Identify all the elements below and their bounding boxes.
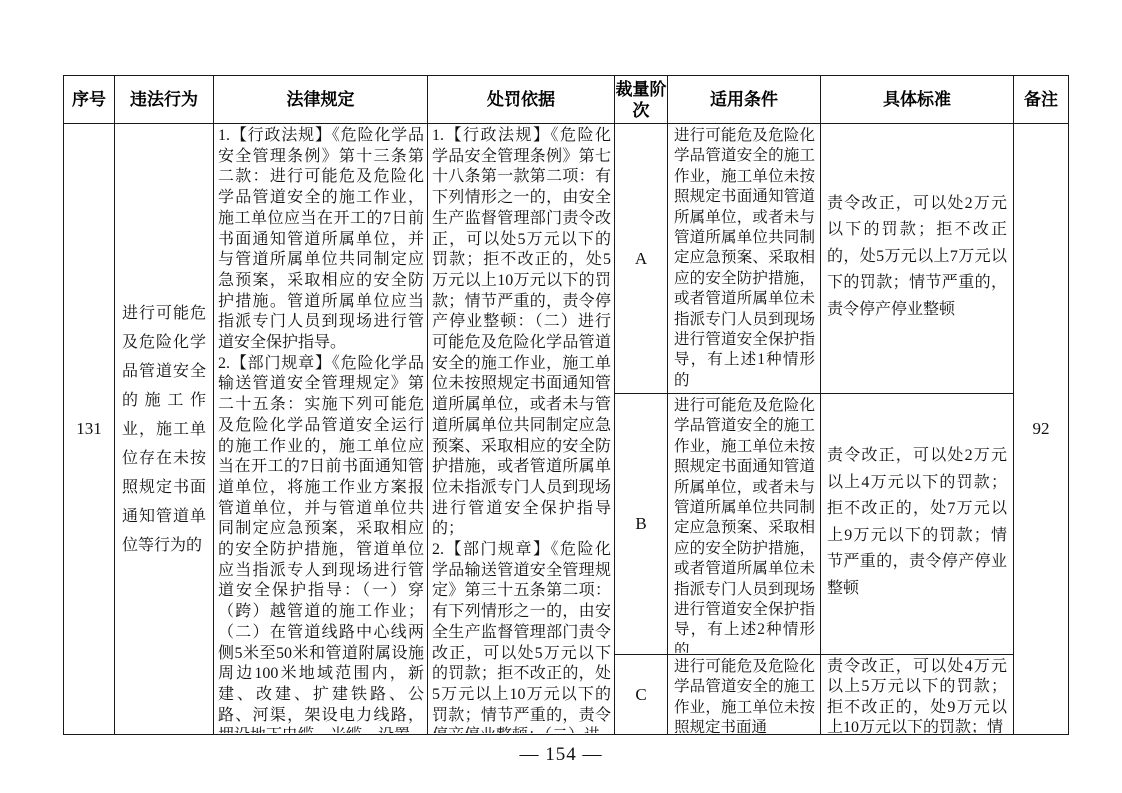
page-number: — 154 — xyxy=(0,744,1122,766)
discretion-level-b: B xyxy=(635,514,646,533)
discretion-level-c: C xyxy=(635,685,646,704)
penalty-basis-text: 1.【行政法规】《危险化学品安全管理条例》第七十八条第一款第二项：有下列情形之一… xyxy=(428,124,614,733)
discretion-level-a: A xyxy=(635,249,647,268)
remark-cell: 92 xyxy=(1014,124,1069,735)
col-header-applicable-conditions: 适用条件 xyxy=(668,76,821,124)
remark-value: 92 xyxy=(1033,419,1050,438)
col-header-remark: 备注 xyxy=(1014,76,1069,124)
illegal-behavior-text: 进行可能危及危险化学品管道安全的施工作业，施工单位存在未按照规定书面通知管道单位… xyxy=(115,299,213,560)
penalty-discretion-table: 序号 违法行为 法律规定 处罚依据 裁量阶次 适用条件 具体标准 备注 131 … xyxy=(63,75,1069,735)
col-header-illegal-behavior: 违法行为 xyxy=(115,76,214,124)
discretion-level-c-cell: C xyxy=(615,655,668,735)
conditions-c-cell: 进行可能危及危险化学品管道安全的施工作业，施工单位未按照规定书面通 xyxy=(668,655,821,735)
standard-a-text: 责令改正，可以处2万元以下的罚款；拒不改正的，处5万元以上7万元以下的罚款；情节… xyxy=(821,191,1013,324)
col-header-penalty-basis: 处罚依据 xyxy=(428,76,615,124)
col-header-discretion-level: 裁量阶次 xyxy=(615,76,668,124)
col-header-serial: 序号 xyxy=(64,76,115,124)
illegal-behavior-cell: 进行可能危及危险化学品管道安全的施工作业，施工单位存在未按照规定书面通知管道单位… xyxy=(115,124,214,735)
standard-b-cell: 责令改正，可以处2万元以上4万元以下的罚款；拒不改正的，处7万元以上9万元以下的… xyxy=(821,394,1014,655)
document-page: 序号 违法行为 法律规定 处罚依据 裁量阶次 适用条件 具体标准 备注 131 … xyxy=(0,0,1122,793)
conditions-a-text: 进行可能危及危险化学品管道安全的施工作业，施工单位未按照规定书面通知管道所属单位… xyxy=(668,124,820,392)
standard-a-cell: 责令改正，可以处2万元以下的罚款；拒不改正的，处5万元以上7万元以下的罚款；情节… xyxy=(821,124,1014,394)
standard-b-box: 责令改正，可以处2万元以上4万元以下的罚款；拒不改正的，处7万元以上9万元以下的… xyxy=(821,394,1013,651)
table-row-level-a: 131 进行可能危及危险化学品管道安全的施工作业，施工单位存在未按照规定书面通知… xyxy=(64,124,1069,394)
conditions-b-cell: 进行可能危及危险化学品管道安全的施工作业，施工单位未按照规定书面通知管道所属单位… xyxy=(668,394,821,655)
conditions-c-text: 进行可能危及危险化学品管道安全的施工作业，施工单位未按照规定书面通 xyxy=(668,655,820,733)
standard-c-cell: 责令改正，可以处4万元以上5万元以下的罚款；拒不改正的，处9万元以上10万元以下… xyxy=(821,655,1014,735)
col-header-specific-standard: 具体标准 xyxy=(821,76,1014,124)
conditions-a-cell: 进行可能危及危险化学品管道安全的施工作业，施工单位未按照规定书面通知管道所属单位… xyxy=(668,124,821,394)
serial-number: 131 xyxy=(76,419,102,438)
legal-provision-text: 1.【行政法规】《危险化学品安全管理条例》第十三条第二款：进行可能危及危险化学品… xyxy=(214,124,427,733)
standard-c-text: 责令改正，可以处4万元以上5万元以下的罚款；拒不改正的，处9万元以上10万元以下… xyxy=(821,655,1013,733)
discretion-level-a-cell: A xyxy=(615,124,668,394)
table-header-row: 序号 违法行为 法律规定 处罚依据 裁量阶次 适用条件 具体标准 备注 xyxy=(64,76,1069,124)
standard-a-box: 责令改正，可以处2万元以下的罚款；拒不改正的，处5万元以上7万元以下的罚款；情节… xyxy=(821,124,1013,390)
col-header-legal-provision: 法律规定 xyxy=(214,76,428,124)
serial-number-cell: 131 xyxy=(64,124,115,735)
conditions-b-text: 进行可能危及危险化学品管道安全的施工作业，施工单位未按照规定书面通知管道所属单位… xyxy=(668,394,820,653)
standard-b-text: 责令改正，可以处2万元以上4万元以下的罚款；拒不改正的，处7万元以上9万元以下的… xyxy=(821,443,1013,602)
discretion-level-b-cell: B xyxy=(615,394,668,655)
legal-provision-cell: 1.【行政法规】《危险化学品安全管理条例》第十三条第二款：进行可能危及危险化学品… xyxy=(214,124,428,735)
penalty-basis-cell: 1.【行政法规】《危险化学品安全管理条例》第七十八条第一款第二项：有下列情形之一… xyxy=(428,124,615,735)
